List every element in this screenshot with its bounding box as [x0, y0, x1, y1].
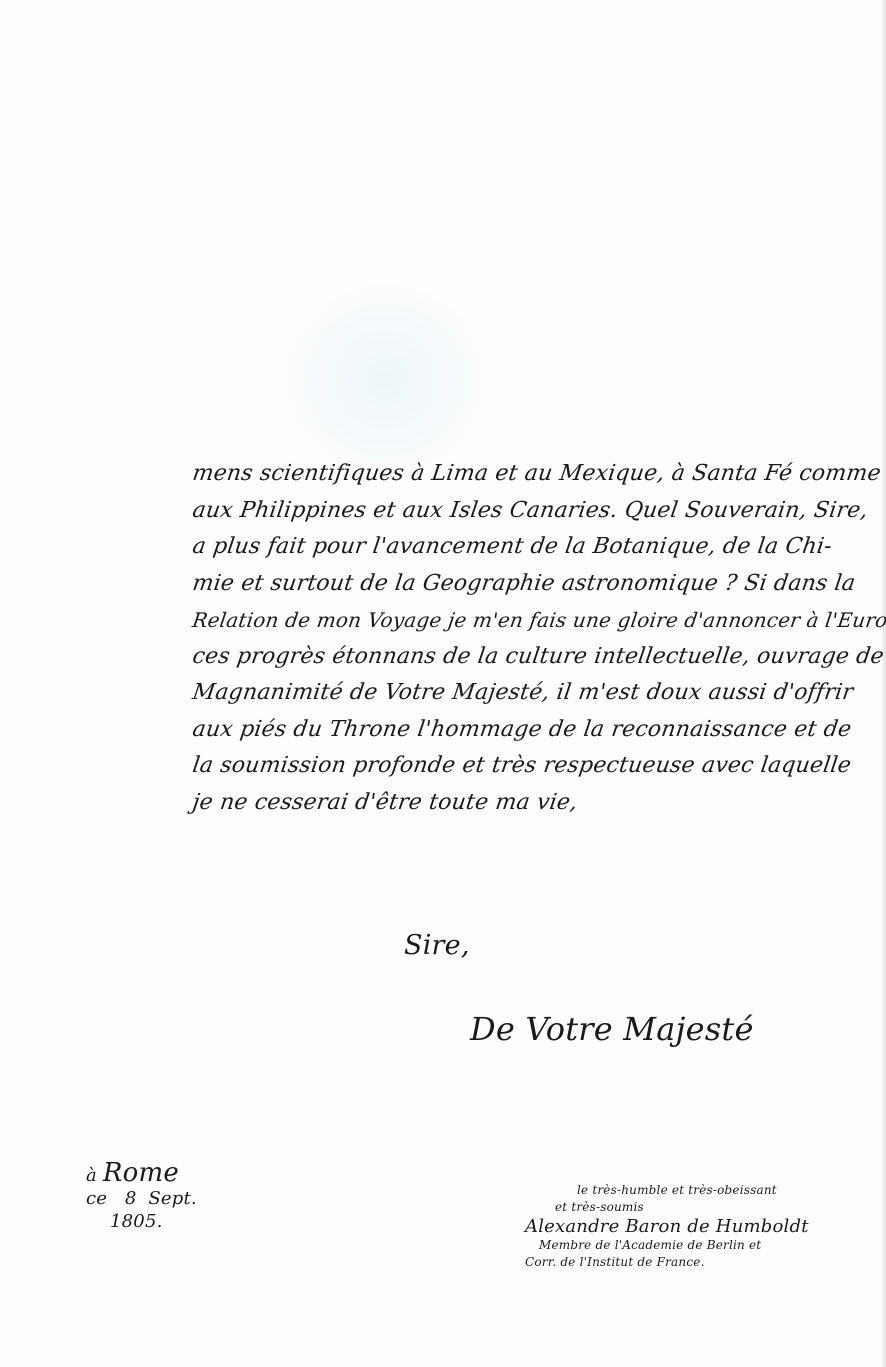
body-line: aux Philippines et aux Isles Canaries. Q… — [190, 493, 805, 530]
body-line: aux piés du Throne l'hommage de la recon… — [190, 712, 805, 749]
body-line: la soumission profonde et très respectue… — [190, 748, 805, 785]
date-line: ce 8 Sept. — [86, 1187, 197, 1210]
letter-page: mens scientifiques à Lima et au Mexique,… — [0, 0, 886, 1367]
signature-line-5: Corr. de l'Institut de France. — [525, 1254, 845, 1271]
signature-line-4: Membre de l'Academie de Berlin et — [525, 1237, 845, 1254]
place-prefix: à — [86, 1165, 97, 1186]
body-line: a plus fait pour l'avancement de la Bota… — [190, 529, 805, 566]
signature-block: le très-humble et très-obeissant et très… — [525, 1182, 845, 1271]
body-line: mens scientifiques à Lima et au Mexique,… — [190, 456, 805, 493]
letter-body: mens scientifiques à Lima et au Mexique,… — [190, 456, 800, 821]
closing-phrase: De Votre Majesté — [470, 1010, 754, 1048]
body-line: ces progrès étonnans de la culture intel… — [190, 639, 805, 676]
signature-name: Alexandre Baron de Humboldt — [525, 1216, 845, 1237]
body-line: je ne cesserai d'être toute ma vie, — [190, 785, 805, 822]
signature-line-1: le très-humble et très-obeissant — [525, 1182, 845, 1199]
body-line: Magnanimité de Votre Majesté, il m'est d… — [190, 675, 805, 712]
body-line: mie et surtout de la Geographie astronom… — [190, 566, 805, 603]
year-line: 1805. — [86, 1210, 197, 1233]
body-line: Relation de mon Voyage je m'en fais une … — [190, 602, 805, 639]
paper-stain — [280, 280, 490, 480]
place-name: Rome — [103, 1158, 179, 1188]
signature-line-2: et très-soumis — [525, 1199, 845, 1216]
place-line: à Rome — [86, 1162, 197, 1187]
salutation: Sire, — [404, 930, 470, 961]
place-date: à Rome ce 8 Sept. 1805. — [86, 1162, 197, 1233]
